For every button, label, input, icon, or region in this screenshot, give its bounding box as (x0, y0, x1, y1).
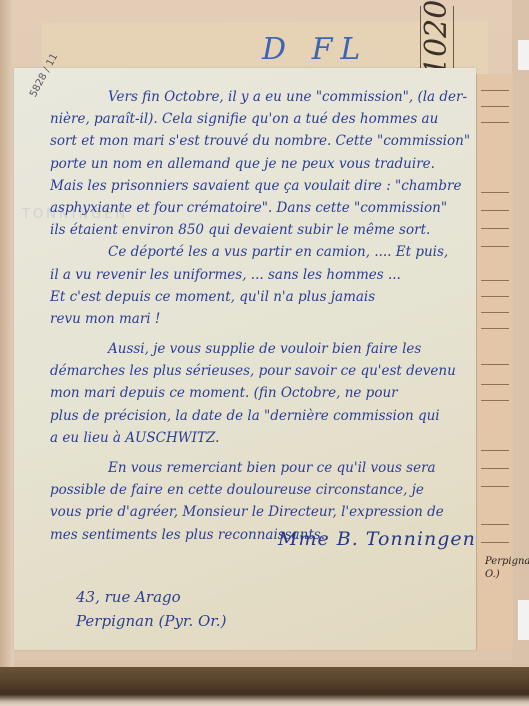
ruled-line (481, 210, 509, 211)
ruled-line (481, 384, 509, 385)
ruled-line (481, 122, 509, 123)
margin-annotation: Perpignan O.) (485, 555, 529, 581)
ruled-line (481, 228, 509, 229)
letter-line: plus de précision, la date de la "derniè… (50, 405, 480, 427)
cover-mark: D FL (262, 32, 368, 67)
margin-annotation-line2: O.) (485, 568, 529, 581)
letter-line: nière, paraît-il). Cela signifie qu'on a… (50, 108, 480, 130)
letter-line: ils étaient environ 850 qui devaient sub… (50, 219, 480, 241)
folder-left-edge (0, 0, 14, 706)
letter-line: a eu lieu à AUSCHWITZ. (50, 427, 480, 449)
signature: Mme B. Tonningen (278, 528, 476, 550)
ruled-line (481, 296, 509, 297)
letter-line: asphyxiante et four crématoire". Dans ce… (50, 197, 480, 219)
paragraph-gap (50, 330, 480, 338)
ruled-line (481, 106, 509, 107)
wooden-shelf-edge (0, 667, 529, 706)
ruled-line (481, 280, 509, 281)
ruled-line (481, 192, 509, 193)
ruled-line (481, 90, 509, 91)
letter-line: revu mon mari ! (50, 308, 480, 330)
letter-line: démarches les plus sérieuses, pour savoi… (50, 360, 480, 382)
ruled-line (481, 400, 509, 401)
letter-line: sort et mon mari s'est trouvé du nombre.… (50, 130, 480, 152)
ruled-line (481, 486, 509, 487)
sender-address: 43, rue Arago Perpignan (Pyr. Or.) (76, 585, 226, 633)
cover-mark-text: D FL (262, 32, 368, 67)
address-street: 43, rue Arago (76, 585, 226, 609)
letter-line: Mais les prisonniers savaient que ça vou… (50, 175, 480, 197)
ruled-line (481, 246, 509, 247)
letter-line: porte un nom en allemand que je ne peux … (50, 153, 480, 175)
ruled-line (481, 328, 509, 329)
letter-line: il a vu revenir les uniformes, ... sans … (50, 264, 480, 286)
letter-line: mon mari depuis ce moment. (fin Octobre,… (50, 382, 480, 404)
white-tab-bottom (518, 600, 529, 640)
letter-line: En vous remerciant bien pour ce qu'il vo… (50, 457, 480, 479)
letter-line: Aussi, je vous supplie de vouloir bien f… (50, 338, 480, 360)
letter-line: vous prie d'agréer, Monsieur le Directeu… (50, 501, 480, 523)
letter-line: possible de faire en cette douloureuse c… (50, 479, 480, 501)
ruled-line (481, 542, 509, 543)
letter-body: Vers fin Octobre, il y a eu une "commiss… (50, 86, 480, 546)
letter-line: Ce déporté les a vus partir en camion, .… (50, 241, 480, 263)
paragraph-gap (50, 449, 480, 457)
side-number: 1020 (420, 6, 454, 76)
margin-annotation-line1: Perpignan (485, 555, 529, 568)
letter-line: Et c'est depuis ce moment, qu'il n'a plu… (50, 286, 480, 308)
ruled-line (481, 364, 509, 365)
ruled-line (481, 312, 509, 313)
ruled-line (481, 468, 509, 469)
address-city: Perpignan (Pyr. Or.) (76, 609, 226, 633)
white-tab-top (518, 40, 529, 70)
ruled-line (481, 524, 509, 525)
ruled-line (481, 450, 509, 451)
letter-line: Vers fin Octobre, il y a eu une "commiss… (50, 86, 480, 108)
